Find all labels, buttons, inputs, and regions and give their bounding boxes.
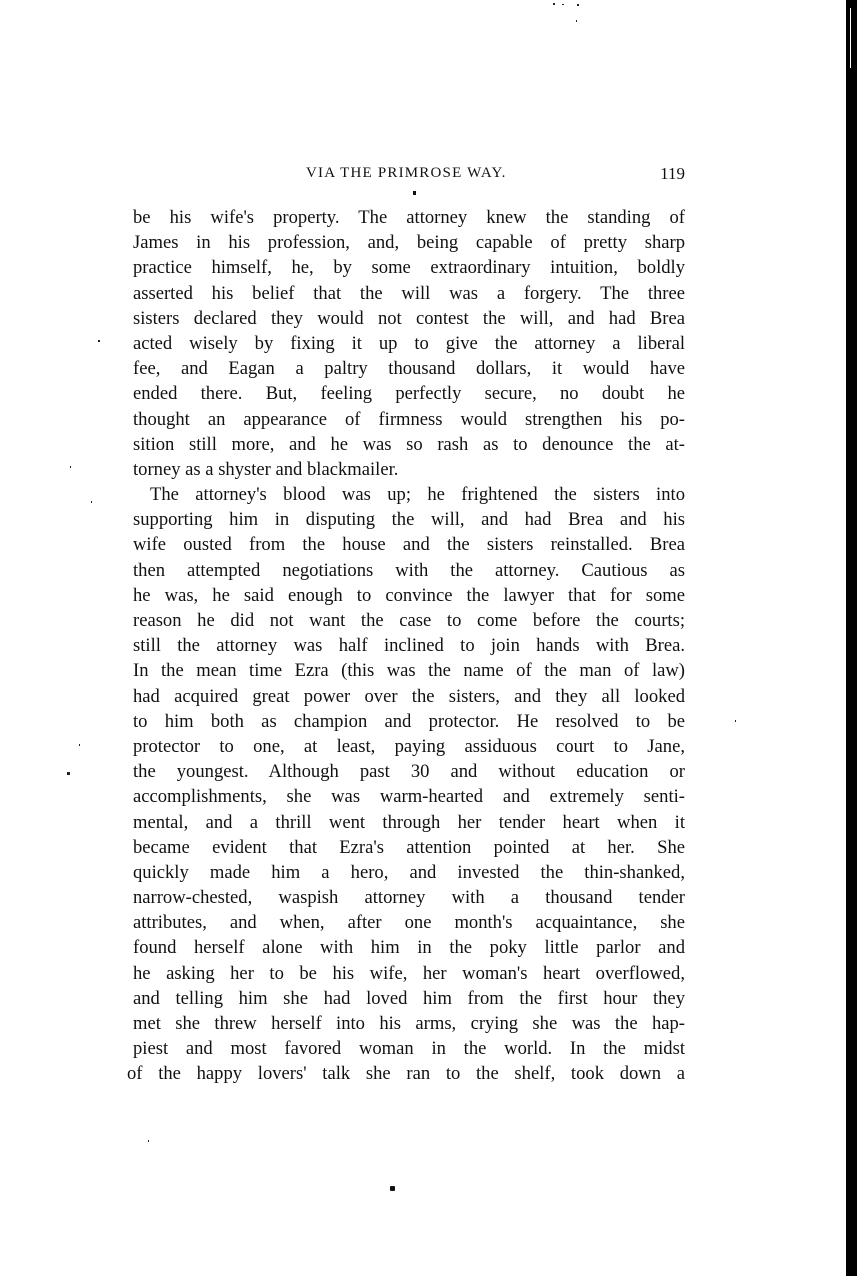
text-line: narrow-chested, waspish attorney with a … [133,885,685,910]
text-line: met she threw herself into his arms, cry… [133,1011,685,1036]
text-line: found herself alone with him in the poky… [133,935,685,960]
text-line: asserted his belief that the will was a … [133,281,685,306]
text-line: ended there. But, feeling perfectly secu… [133,381,685,406]
text-line: be his wife's property. The attorney kne… [133,205,685,230]
running-head: VIA THE PRIMROSE WAY. 119 [133,165,685,189]
scan-speck [735,720,736,722]
text-line: he asking her to be his wife, her woman'… [133,961,685,986]
scan-speck [148,1140,149,1142]
text-line: reason he did not want the case to come … [133,608,685,633]
scan-speck [67,772,70,775]
text-line: practice himself, he, by some extraordin… [133,255,685,280]
text-line: still the attorney was half inclined to … [133,633,685,658]
text-line: thought an appearance of firmness would … [133,407,685,432]
text-line: mental, and a thrill went through her te… [133,810,685,835]
text-line: acted wisely by fixing it up to give the… [133,331,685,356]
text-line: had acquired great power over the sister… [133,684,685,709]
scan-speck [98,340,100,342]
text-line: torney as a shyster and blackmailer. [133,457,685,482]
text-line: supporting him in disputing the will, an… [133,507,685,532]
text-line: sition still more, and he was so rash as… [133,432,685,457]
text-line: he was, he said enough to convince the l… [133,583,685,608]
running-head-title: VIA THE PRIMROSE WAY. [306,165,507,182]
book-page: VIA THE PRIMROSE WAY. 119 be his wife's … [0,0,857,1276]
text-line: and telling him she had loved him from t… [133,986,685,1011]
text-line: James in his profession, and, being capa… [133,230,685,255]
page-edge-highlight [850,8,851,68]
scan-speck [91,501,92,503]
page-number: 119 [660,164,685,184]
text-line: piest and most favored woman in the worl… [133,1036,685,1061]
text-line: to him both as champion and protector. H… [133,709,685,734]
text-line: became evident that Ezra's attention poi… [133,835,685,860]
text-line: fee, and Eagan a paltry thousand dollars… [133,356,685,381]
text-line: The attorney's blood was up; he frighten… [133,482,685,507]
scan-speck [562,4,564,5]
text-line: the youngest. Although past 30 and witho… [133,759,685,784]
scan-speck [576,20,577,22]
print-speck [390,1186,395,1191]
text-line: accomplishments, she was warm-hearted an… [133,784,685,809]
text-line: wife ousted from the house and the siste… [133,532,685,557]
scan-speck [553,3,555,5]
scan-speck [79,744,80,746]
text-line: then attempted negotiations with the att… [133,558,685,583]
print-speck [413,191,416,195]
page-edge-shadow [846,0,857,1276]
text-line: sisters declared they would not contest … [133,306,685,331]
scan-speck [70,466,71,468]
body-text: be his wife's property. The attorney kne… [133,205,685,1087]
text-line: In the mean time Ezra (this was the name… [133,658,685,683]
text-line: protector to one, at least, paying assid… [133,734,685,759]
text-line: quickly made him a hero, and invested th… [133,860,685,885]
scan-speck [577,4,579,6]
text-line: of the happy lovers' talk she ran to the… [127,1061,685,1086]
text-line: attributes, and when, after one month's … [133,910,685,935]
